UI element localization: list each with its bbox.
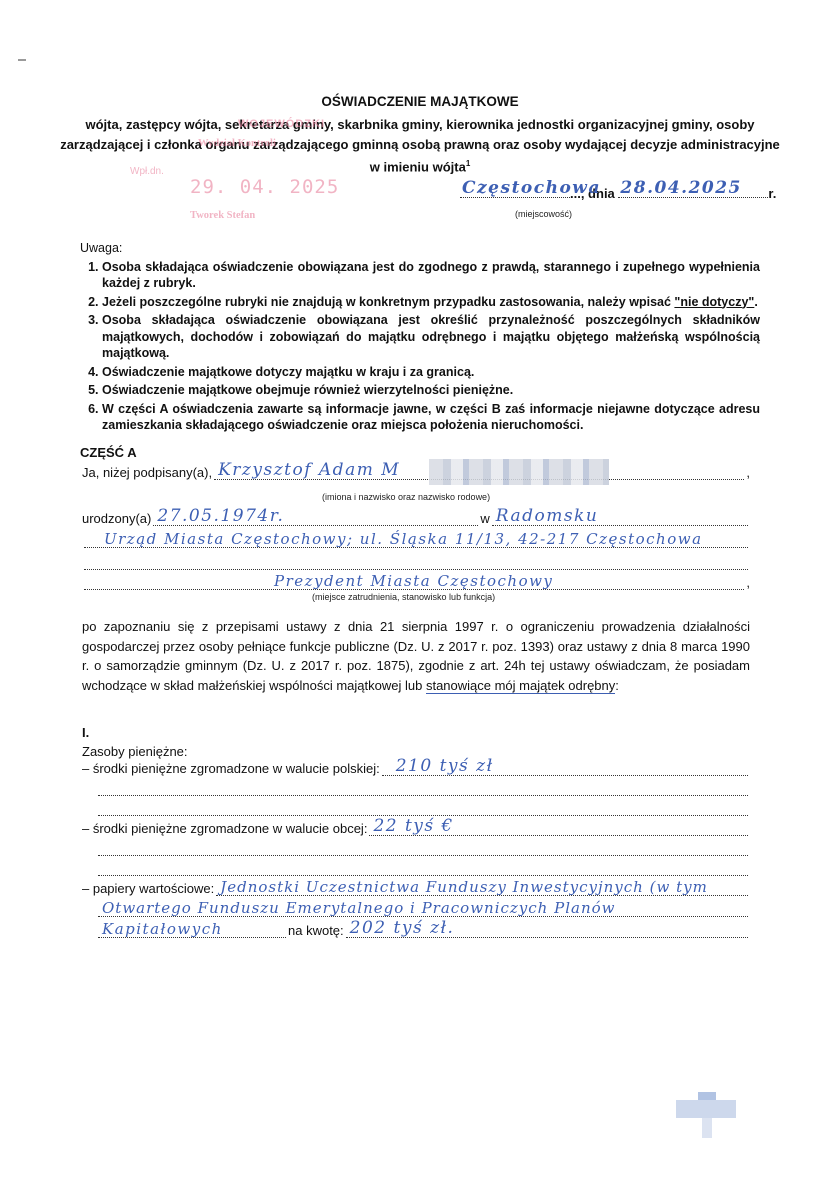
footnote-marker: 1 bbox=[466, 159, 470, 168]
note-item: Osoba składająca oświadczenie obowiązana… bbox=[102, 312, 760, 362]
redacted-signature bbox=[676, 1090, 736, 1138]
note-item: Oświadczenie majątkowe dotyczy majątku w… bbox=[102, 364, 760, 381]
securities-value-1: Jednostki Uczestnictwa Funduszy Inwestyc… bbox=[220, 878, 708, 896]
securities-amount-line: Kapitałowych na kwotę: 202 tyś zł. bbox=[96, 922, 750, 938]
pln-extra-line-2 bbox=[96, 800, 750, 816]
securities-field-2[interactable]: Otwartego Funduszu Emerytalnego i Pracow… bbox=[98, 901, 748, 917]
employment-field-3[interactable]: Prezydent Miasta Częstochowy bbox=[84, 574, 744, 590]
securities-value-3: Kapitałowych bbox=[102, 920, 223, 938]
employment-line-1: Urząd Miasta Częstochowy; ul. Śląska 11/… bbox=[82, 532, 750, 548]
securities-line: – papiery wartościowe: Jednostki Uczestn… bbox=[82, 880, 750, 896]
foreign-line: – środki pieniężne zgromadzone w walucie… bbox=[82, 820, 750, 836]
place-field[interactable]: Częstochowa bbox=[460, 183, 570, 198]
pln-extra-line-1 bbox=[96, 780, 750, 796]
stamp-signer: Tworek Stefan bbox=[190, 210, 255, 221]
birth-date-value: 27.05.1974r. bbox=[157, 506, 284, 526]
securities-line-2: Otwartego Funduszu Emerytalnego i Pracow… bbox=[96, 901, 750, 917]
employment-field-1[interactable]: Urząd Miasta Częstochowy; ul. Śląska 11/… bbox=[84, 532, 748, 548]
name-value: Krzysztof Adam M bbox=[218, 460, 400, 480]
signed-label: Ja, niżej podpisany(a), bbox=[82, 465, 212, 480]
stamp-office: WOJEWÓDZKI bbox=[238, 118, 325, 130]
pln-field[interactable]: 210 tyś zł bbox=[382, 760, 748, 776]
birth-place-field[interactable]: Radomsku bbox=[492, 510, 748, 526]
note-item: W części A oświadczenia zawarte są infor… bbox=[102, 401, 760, 434]
date-suffix: r. bbox=[768, 186, 776, 201]
securities-field-3[interactable]: Kapitałowych bbox=[98, 922, 286, 938]
notes-label: Uwaga: bbox=[80, 240, 760, 257]
employment-value-3: Prezydent Miasta Częstochowy bbox=[274, 572, 553, 590]
foreign-value: 22 tyś € bbox=[373, 816, 453, 836]
place-value: Częstochowa bbox=[462, 178, 601, 198]
pln-extra-field-2[interactable] bbox=[98, 800, 748, 816]
name-caption: (imiona i nazwisko oraz nazwisko rodowe) bbox=[322, 492, 490, 502]
nie-dotyczy-quote: "nie dotyczy" bbox=[674, 295, 754, 309]
foreign-label: – środki pieniężne zgromadzone w walucie… bbox=[82, 821, 367, 836]
scan-mark bbox=[18, 59, 26, 61]
stamp-received-label: Wpł.dn. bbox=[130, 166, 164, 177]
stamp-department: Wydział Kontroli bbox=[198, 138, 276, 149]
declaration-paragraph: po zapoznaniu się z przepisami ustawy z … bbox=[82, 617, 750, 695]
amount-label: na kwotę: bbox=[288, 923, 344, 938]
employment-value-1: Urząd Miasta Częstochowy; ul. Śląska 11/… bbox=[104, 530, 703, 548]
amount-field[interactable]: 202 tyś zł. bbox=[346, 922, 748, 938]
declaration-underlined: stanowiące mój majątek odrębny bbox=[426, 678, 615, 694]
foreign-extra-line-2 bbox=[96, 860, 750, 876]
note-item: Oświadczenie majątkowe obejmuje również … bbox=[102, 382, 760, 399]
birth-place-value: Radomsku bbox=[496, 506, 599, 526]
employment-line-3: Prezydent Miasta Częstochowy , bbox=[82, 574, 750, 590]
note-item: Osoba składająca oświadczenie obowiązana… bbox=[102, 259, 760, 292]
pln-label: – środki pieniężne zgromadzone w walucie… bbox=[82, 761, 380, 776]
document-subtitle: wójta, zastępcy wójta, sekretarza gminy,… bbox=[60, 115, 780, 177]
section-i-heading: I. bbox=[82, 725, 89, 740]
foreign-extra-line-1 bbox=[96, 840, 750, 856]
cash-resources-label: Zasoby pieniężne: bbox=[82, 744, 188, 759]
pln-value: 210 tyś zł bbox=[396, 756, 494, 776]
name-field[interactable]: Krzysztof Adam M bbox=[214, 464, 744, 480]
pln-extra-field-1[interactable] bbox=[98, 780, 748, 796]
employment-line-2 bbox=[82, 554, 750, 570]
foreign-field[interactable]: 22 tyś € bbox=[369, 820, 748, 836]
name-line: Ja, niżej podpisany(a), Krzysztof Adam M… bbox=[82, 464, 750, 480]
securities-value-2: Otwartego Funduszu Emerytalnego i Pracow… bbox=[102, 899, 615, 917]
amount-value: 202 tyś zł. bbox=[350, 918, 455, 938]
pln-line: – środki pieniężne zgromadzone w walucie… bbox=[82, 760, 750, 776]
redacted-surname bbox=[429, 459, 609, 485]
birth-date-field[interactable]: 27.05.1974r. bbox=[153, 510, 478, 526]
date-value: 28.04.2025 bbox=[620, 178, 741, 198]
born-label: urodzony(a) bbox=[82, 511, 151, 526]
notes-list: Osoba składająca oświadczenie obowiązana… bbox=[80, 259, 760, 434]
foreign-extra-field-2[interactable] bbox=[98, 860, 748, 876]
foreign-extra-field-1[interactable] bbox=[98, 840, 748, 856]
declaration-text: po zapoznaniu się z przepisami ustawy z … bbox=[82, 619, 750, 693]
note-item: Jeżeli poszczególne rubryki nie znajdują… bbox=[102, 294, 760, 311]
notes-section: Uwaga: Osoba składająca oświadczenie obo… bbox=[80, 240, 760, 436]
part-a-heading: CZĘŚĆ A bbox=[80, 445, 137, 460]
employment-caption: (miejsce zatrudnienia, stanowisko lub fu… bbox=[312, 592, 495, 602]
date-field[interactable]: 28.04.2025 bbox=[618, 183, 768, 198]
place-caption: (miejscowość) bbox=[515, 209, 572, 219]
place-date-line: Częstochowa..., dnia 28.04.2025r. bbox=[460, 183, 776, 201]
securities-label: – papiery wartościowe: bbox=[82, 881, 214, 896]
birth-line: urodzony(a) 27.05.1974r. w Radomsku bbox=[82, 510, 750, 526]
born-in-label: w bbox=[480, 511, 489, 526]
document-title: OŚWIADCZENIE MAJĄTKOWE bbox=[0, 94, 840, 109]
employment-field-2[interactable] bbox=[84, 554, 748, 570]
subtitle-text: wójta, zastępcy wójta, sekretarza gminy,… bbox=[60, 117, 780, 174]
securities-field-1[interactable]: Jednostki Uczestnictwa Funduszy Inwestyc… bbox=[216, 880, 748, 896]
stamp-received-date: 29. 04. 2025 bbox=[190, 176, 339, 198]
